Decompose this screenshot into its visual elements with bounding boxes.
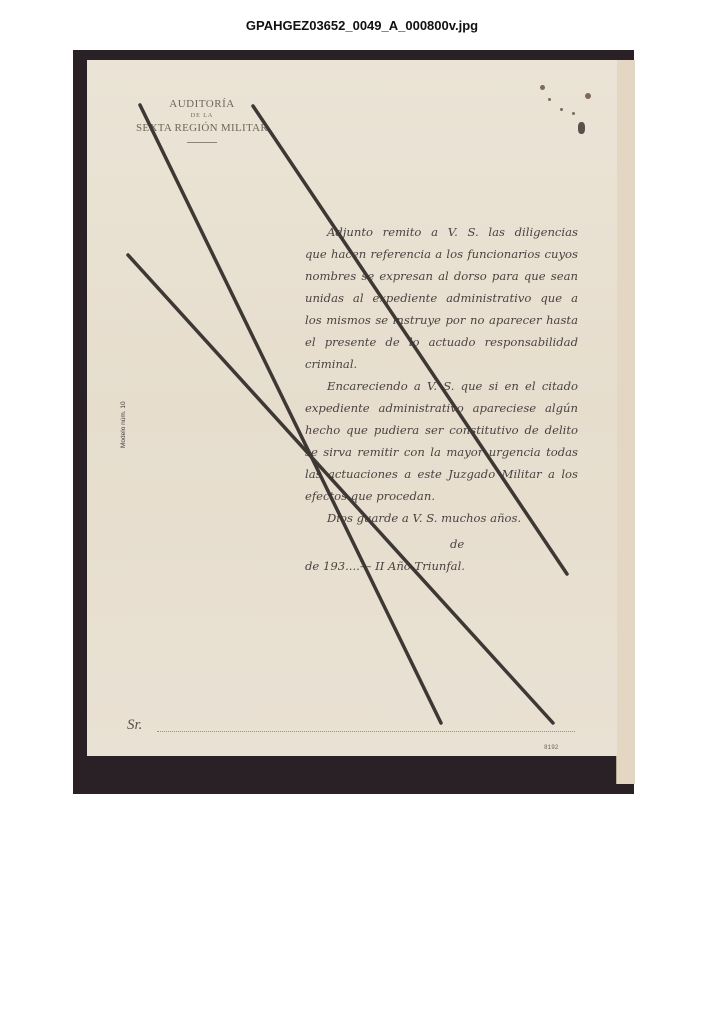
body-line: criminal. [305, 353, 578, 375]
file-name-title: GPAHGEZ03652_0049_A_000800v.jpg [0, 18, 724, 33]
letter-body: Adjunto remito a V. S. las diligencias q… [305, 221, 578, 529]
body-line: Encareciendo a V. S. que si en el citado [305, 375, 578, 397]
letterhead-rule [187, 142, 217, 143]
letterhead-line-1: AUDITORÍA [135, 98, 269, 110]
body-line: las actuaciones a este Juzgado Militar a… [305, 463, 578, 485]
letterhead: AUDITORÍA DE LA SEXTA REGIÓN MILITAR [135, 98, 269, 143]
date-line: de 193....— II Año Triunfal. [305, 559, 465, 573]
body-line: hecho que pudiera ser constitutivo de de… [305, 419, 578, 441]
body-line: los mismos se instruye por no aparecer h… [305, 309, 578, 331]
body-line: expediente administrativo apareciese alg… [305, 397, 578, 419]
body-line: Adjunto remito a V. S. las diligencias [305, 221, 578, 243]
body-line: se sirva remitir con la mayor urgencia t… [305, 441, 578, 463]
salutation: Sr. [127, 717, 142, 734]
body-line: que hacen referencia a los funcionarios … [305, 243, 578, 265]
addressee-dotted-line [157, 731, 575, 732]
form-code: 8192 [544, 744, 558, 751]
body-line: nombres se expresan al dorso para que se… [305, 265, 578, 287]
closing-line: Dios guarde a V. S. muchos años. [305, 507, 578, 529]
date-de: de [450, 537, 464, 551]
body-line: el presente de lo actuado responsabilida… [305, 331, 578, 353]
body-line: unidas al expediente administrativo que … [305, 287, 578, 309]
letterhead-line-3: SEXTA REGIÓN MILITAR [135, 122, 269, 134]
letterhead-line-2: DE LA [135, 113, 269, 119]
back-page-edge [616, 60, 635, 784]
body-line: efectos que procedan. [305, 485, 578, 507]
form-model-label: Modelo núm. 10 [120, 401, 127, 448]
